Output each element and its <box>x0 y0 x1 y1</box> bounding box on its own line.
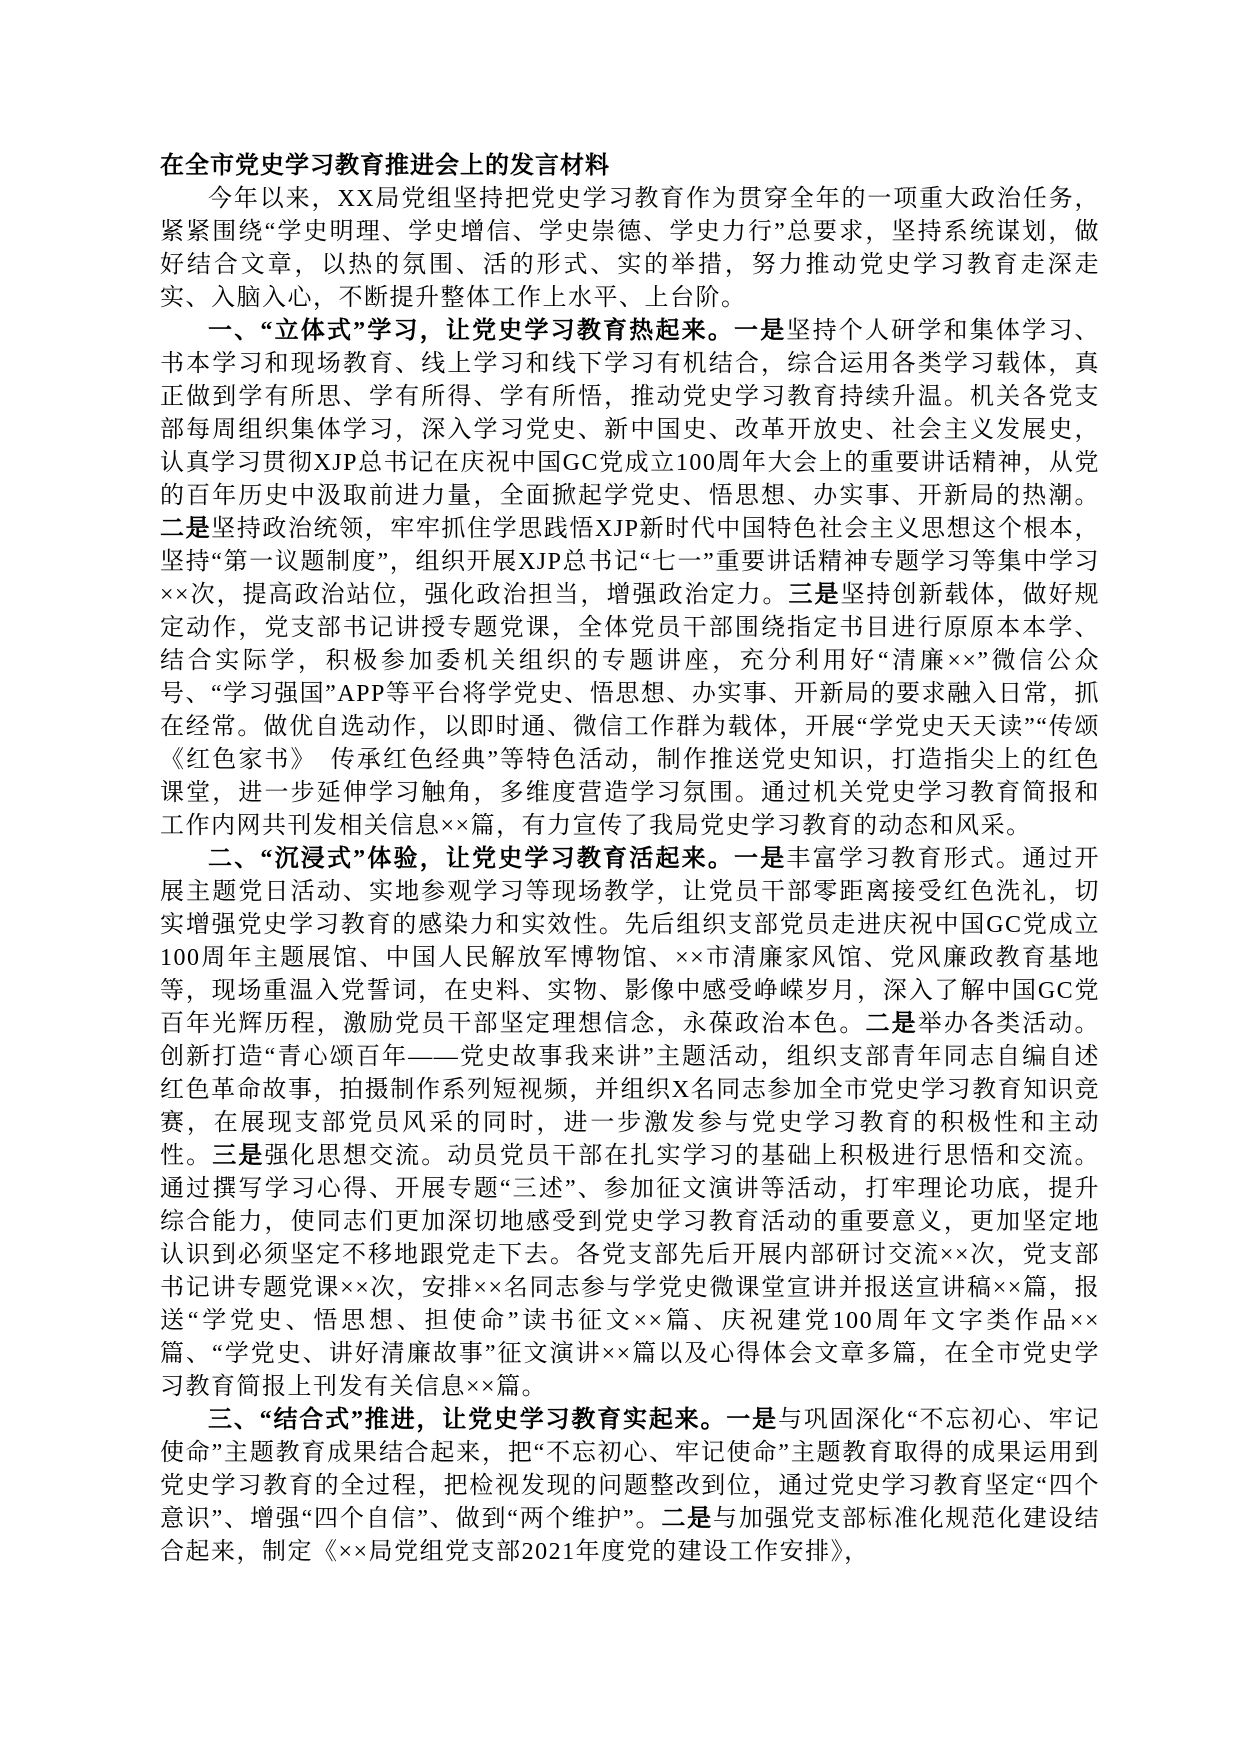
document-body: 今年以来，XX局党组坚持把党史学习教育作为贯穿全年的一项重大政治任务，紧紧围绕“… <box>160 183 1100 1569</box>
bold-text-run: 二是 <box>865 1011 917 1037</box>
text-run: 今年以来，XX局党组坚持把党史学习教育作为贯穿全年的一项重大政治任务，紧紧围绕“… <box>160 186 1100 311</box>
text-run: 强化思想交流。动员党员干部在扎实学习的基础上积极进行思悟和交流。通过撰写学习心得… <box>160 1143 1100 1400</box>
document-content: 在全市党史学习教育推进会上的发言材料 今年以来，XX局党组坚持把党史学习教育作为… <box>160 150 1100 1569</box>
bold-text-run: 一、“立体式”学习，让党史学习教育热起来。一是 <box>208 318 786 344</box>
text-run: 坚持创新载体，做好规定动作，党支部书记讲授专题党课，全体党员干部围绕指定书目进行… <box>160 582 1100 839</box>
bold-text-run: 三是 <box>212 1143 264 1169</box>
bold-text-run: 三、“结合式”推进，让党史学习教育实起来。一是 <box>208 1407 778 1433</box>
document-page: 在全市党史学习教育推进会上的发言材料 今年以来，XX局党组坚持把党史学习教育作为… <box>0 0 1240 1754</box>
bold-text-run: 三是 <box>789 582 841 608</box>
bold-text-run: 二、“沉浸式”体验，让党史学习教育活起来。一是 <box>208 846 786 872</box>
paragraph: 今年以来，XX局党组坚持把党史学习教育作为贯穿全年的一项重大政治任务，紧紧围绕“… <box>160 183 1100 315</box>
paragraph: 二、“沉浸式”体验，让党史学习教育活起来。一是丰富学习教育形式。通过开展主题党日… <box>160 843 1100 1404</box>
document-title: 在全市党史学习教育推进会上的发言材料 <box>160 150 1100 183</box>
bold-text-run: 二是 <box>661 1506 713 1532</box>
text-run: 丰富学习教育形式。通过开展主题党日活动、实地参观学习等现场教学，让党员干部零距离… <box>160 846 1100 1037</box>
paragraph: 一、“立体式”学习，让党史学习教育热起来。一是坚持个人研学和集体学习、书本学习和… <box>160 315 1100 843</box>
text-run: 坚持个人研学和集体学习、书本学习和现场教育、线上学习和线下学习有机结合，综合运用… <box>160 318 1100 509</box>
bold-text-run: 二是 <box>160 516 211 542</box>
paragraph: 三、“结合式”推进，让党史学习教育实起来。一是与巩固深化“不忘初心、牢记使命”主… <box>160 1404 1100 1569</box>
